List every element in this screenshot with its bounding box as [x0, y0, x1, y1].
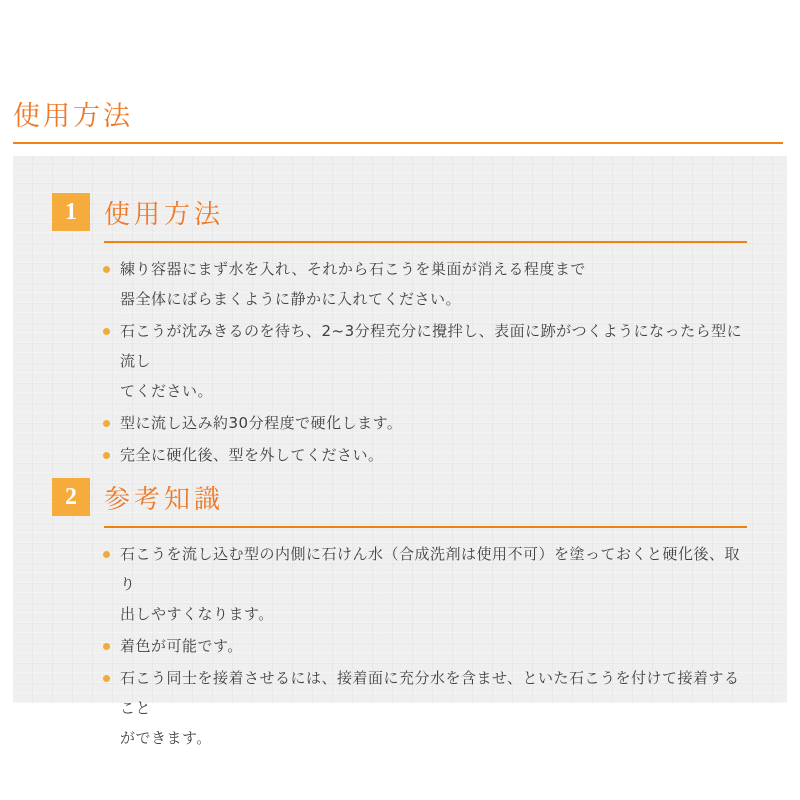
instruction-text: 着色が可能です。	[120, 631, 747, 661]
list-item: 石こうを流し込む型の内側に石けん水（合成洗剤は使用不可）を塗っておくと硬化後、取…	[103, 539, 747, 629]
list-item: 練り容器にまず水を入れ、それから石こうを巣面が消える程度まで 器全体にばらまくよ…	[103, 254, 747, 314]
bullet-dot-icon	[103, 328, 110, 335]
instruction-text: 石こう同士を接着させるには、接着面に充分水を含ませ、といた石こうを付けて接着する…	[120, 663, 747, 753]
section-heading: 参考知識	[104, 479, 224, 516]
section-number-badge: 1	[52, 193, 90, 231]
section-number-badge: 2	[52, 478, 90, 516]
list-item: 石こうが沈みきるのを待ち、2~3分程充分に攪拌し、表面に跡がつくようになったら型…	[103, 316, 747, 406]
section-header: 2 参考知識	[52, 478, 747, 516]
list-item: 完全に硬化後、型を外してください。	[103, 440, 747, 470]
section-heading: 使用方法	[104, 194, 224, 231]
section-header: 1 使用方法	[52, 193, 747, 231]
bullet-dot-icon	[103, 452, 110, 459]
instruction-list: 練り容器にまず水を入れ、それから石こうを巣面が消える程度まで 器全体にばらまくよ…	[103, 254, 747, 470]
page: 使用方法 1 使用方法 練り容器にまず水を入れ、それから石こうを巣面が消える程度…	[0, 0, 800, 800]
bullet-dot-icon	[103, 266, 110, 273]
instruction-text: 石こうが沈みきるのを待ち、2~3分程充分に攪拌し、表面に跡がつくようになったら型…	[120, 316, 747, 406]
title-divider	[13, 142, 783, 144]
instruction-text: 石こうを流し込む型の内側に石けん水（合成洗剤は使用不可）を塗っておくと硬化後、取…	[120, 539, 747, 629]
bullet-dot-icon	[103, 551, 110, 558]
bullet-dot-icon	[103, 643, 110, 650]
bullet-dot-icon	[103, 675, 110, 682]
list-item: 石こう同士を接着させるには、接着面に充分水を含ませ、といた石こうを付けて接着する…	[103, 663, 747, 753]
page-title: 使用方法	[13, 98, 133, 134]
list-item: 型に流し込み約30分程度で硬化します。	[103, 408, 747, 438]
instruction-text: 練り容器にまず水を入れ、それから石こうを巣面が消える程度まで 器全体にばらまくよ…	[120, 254, 747, 314]
section-reference: 2 参考知識 石こうを流し込む型の内側に石けん水（合成洗剤は使用不可）を塗ってお…	[52, 478, 747, 753]
section-divider	[104, 526, 747, 528]
section-usage: 1 使用方法 練り容器にまず水を入れ、それから石こうを巣面が消える程度まで 器全…	[52, 193, 747, 470]
bullet-dot-icon	[103, 420, 110, 427]
instruction-text: 完全に硬化後、型を外してください。	[120, 440, 747, 470]
list-item: 着色が可能です。	[103, 631, 747, 661]
instructions-panel: 1 使用方法 練り容器にまず水を入れ、それから石こうを巣面が消える程度まで 器全…	[13, 156, 787, 703]
instruction-text: 型に流し込み約30分程度で硬化します。	[120, 408, 747, 438]
instruction-list: 石こうを流し込む型の内側に石けん水（合成洗剤は使用不可）を塗っておくと硬化後、取…	[103, 539, 747, 753]
section-divider	[104, 241, 747, 243]
